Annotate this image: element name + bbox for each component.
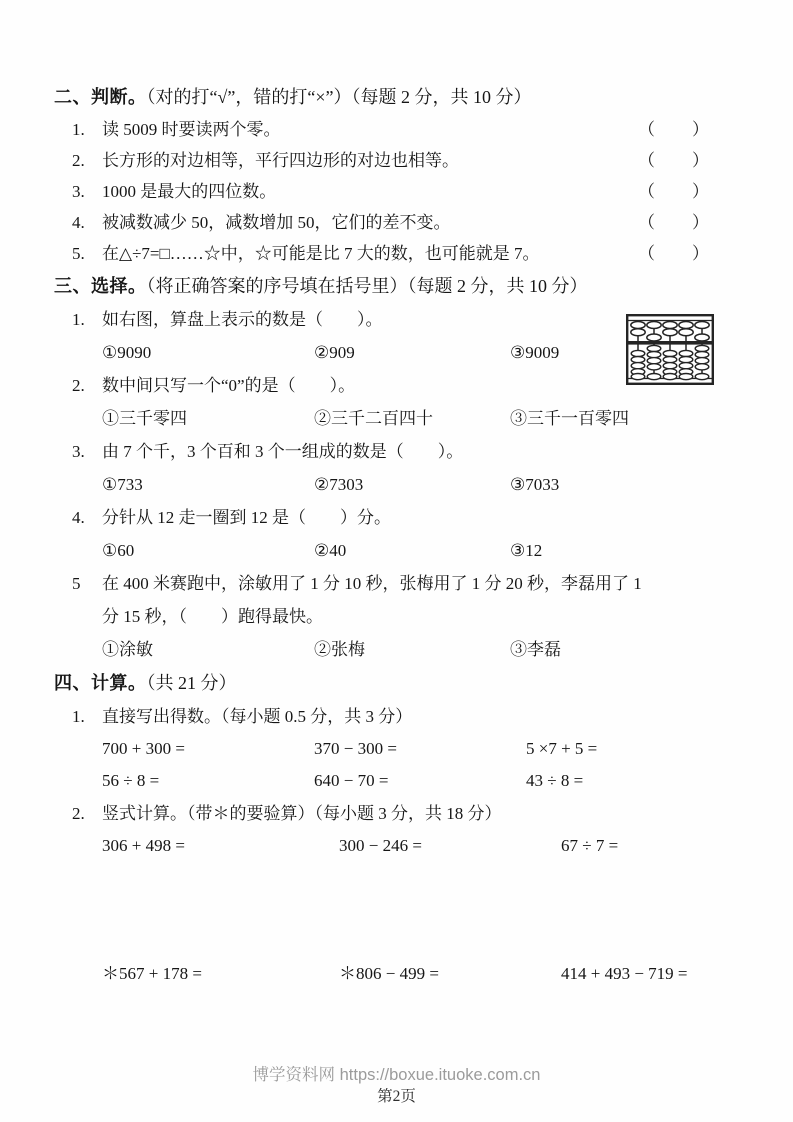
answer-brackets: （ ） [638, 176, 710, 207]
choice-question-3: 3. 由 7 个千，3 个百和 3 个一组成的数是（ ）。 [54, 435, 742, 468]
item-number: 1. [72, 700, 102, 733]
item-number: 5. [72, 238, 102, 269]
option-2: ②7303 [314, 468, 510, 501]
subtitle-text: 直接写出得数。（每小题 0.5 分，共 3 分） [102, 700, 412, 733]
option-1: ①三千零四 [102, 402, 314, 435]
question-text-line2: 分 15 秒，（ ）跑得最快。 [54, 600, 742, 633]
item-number: 4. [72, 207, 102, 238]
vertical-calc-subtitle: 2. 竖式计算。（带＊的要验算）（每小题 3 分，共 18 分） [54, 797, 742, 830]
item-text: 1000 是最大的四位数。 [102, 176, 276, 207]
abacus-image [626, 314, 714, 385]
judge-item: 3. 1000 是最大的四位数。 （ ） [54, 176, 742, 207]
expression: 700 + 300 = [102, 733, 314, 765]
question-text: 由 7 个千，3 个百和 3 个一组成的数是（ ）。 [102, 435, 463, 468]
answer-brackets: （ ） [638, 238, 710, 269]
choice-options-3: ①733 ②7303 ③7033 [54, 468, 742, 501]
choice-question-5: 5 在 400 米赛跑中，涂敏用了 1 分 10 秒，张梅用了 1 分 20 秒… [54, 567, 742, 600]
judge-item: 1. 读 5009 时要读两个零。 （ ） [54, 114, 742, 145]
option-1: ①733 [102, 468, 314, 501]
calc-title-note: （共 21 分） [147, 673, 237, 693]
paper-content: 二、判断。（对的打“√”，错的打“×”）（每题 2 分，共 10 分） 1. 读… [54, 80, 742, 990]
choice-options-5: ①涂敏 ②张梅 ③李磊 [54, 633, 742, 666]
item-number: 3. [72, 435, 102, 468]
judge-section-title: 二、判断。（对的打“√”，错的打“×”）（每题 2 分，共 10 分） [54, 80, 742, 114]
judge-item: 2. 长方形的对边相等，平行四边形的对边也相等。 （ ） [54, 145, 742, 176]
judge-item: 4. 被减数减少 50，减数增加 50，它们的差不变。 （ ） [54, 207, 742, 238]
calc-section-title: 四、计算。（共 21 分） [54, 666, 742, 700]
option-2: ②张梅 [314, 633, 510, 666]
judge-section: 二、判断。（对的打“√”，错的打“×”）（每题 2 分，共 10 分） 1. 读… [54, 80, 742, 269]
item-text: 在△÷7=□……☆中，☆可能是比 7 大的数，也可能就是 7。 [102, 238, 540, 269]
test-paper-page: 二、判断。（对的打“√”，错的打“×”）（每题 2 分，共 10 分） 1. 读… [0, 0, 793, 1122]
item-number: 2. [72, 145, 102, 176]
option-2: ②40 [314, 534, 510, 567]
item-text: 长方形的对边相等，平行四边形的对边也相等。 [102, 145, 459, 176]
answer-brackets: （ ） [638, 207, 710, 238]
judge-title-note: （对的打“√”，错的打“×”）（每题 2 分，共 10 分） [147, 87, 532, 107]
expression: 56 ÷ 8 = [102, 765, 314, 797]
option-1: ①9090 [102, 336, 314, 369]
choice-title-note: （将正确答案的序号填在括号里）（每题 2 分，共 10 分） [147, 276, 588, 296]
expression: 370 − 300 = [314, 733, 526, 765]
footer-site-url: 博学资料网 https://boxue.ituoke.com.cn [0, 1064, 793, 1086]
mental-math-subtitle: 1. 直接写出得数。（每小题 0.5 分，共 3 分） [54, 700, 742, 733]
subtitle-text: 竖式计算。（带＊的要验算）（每小题 3 分，共 18 分） [102, 797, 502, 830]
expression: 640 − 70 = [314, 765, 526, 797]
option-3: ③李磊 [510, 633, 742, 666]
option-3: ③12 [510, 534, 742, 567]
question-text-line1: 在 400 米赛跑中，涂敏用了 1 分 10 秒，张梅用了 1 分 20 秒，李… [102, 567, 642, 600]
choice-title-label: 三、选择。 [54, 276, 147, 296]
judge-item: 5. 在△÷7=□……☆中，☆可能是比 7 大的数，也可能就是 7。 （ ） [54, 238, 742, 269]
option-1: ①60 [102, 534, 314, 567]
choice-question-4: 4. 分针从 12 走一圈到 12 是（ ）分。 [54, 501, 742, 534]
question-text: 分针从 12 走一圈到 12 是（ ）分。 [102, 501, 391, 534]
vertical-calc-row-2: ＊567 + 178 = ＊806 − 499 = 414 + 493 − 71… [54, 958, 742, 990]
page-number: 第2页 [0, 1087, 793, 1107]
item-number: 2. [72, 797, 102, 830]
mental-math-row-1: 700 + 300 = 370 − 300 = 5 ×7 + 5 = [54, 733, 742, 765]
item-number: 5 [72, 567, 102, 600]
expression: ＊806 − 499 = [339, 958, 561, 990]
expression: 43 ÷ 8 = [526, 765, 742, 797]
expression: 414 + 493 − 719 = [561, 958, 742, 990]
choice-section-title: 三、选择。（将正确答案的序号填在括号里）（每题 2 分，共 10 分） [54, 269, 742, 303]
answer-brackets: （ ） [638, 145, 710, 176]
vertical-calc-row-1: 306 + 498 = 300 − 246 = 67 ÷ 7 = [54, 830, 742, 862]
item-number: 1. [72, 114, 102, 145]
item-number: 4. [72, 501, 102, 534]
mental-math-row-2: 56 ÷ 8 = 640 − 70 = 43 ÷ 8 = [54, 765, 742, 797]
option-3: ③三千一百零四 [510, 402, 742, 435]
expression: ＊567 + 178 = [102, 958, 339, 990]
item-text: 被减数减少 50，减数增加 50，它们的差不变。 [102, 207, 451, 238]
question-text: 如右图，算盘上表示的数是（ ）。 [102, 303, 383, 336]
choice-options-2: ①三千零四 ②三千二百四十 ③三千一百零四 [54, 402, 742, 435]
answer-brackets: （ ） [638, 114, 710, 145]
expression: 67 ÷ 7 = [561, 830, 742, 862]
item-number: 1. [72, 303, 102, 336]
question-text: 数中间只写一个“0”的是（ ）。 [102, 369, 355, 402]
expression: 300 − 246 = [339, 830, 561, 862]
option-2: ②三千二百四十 [314, 402, 510, 435]
option-3: ③7033 [510, 468, 742, 501]
calc-section: 四、计算。（共 21 分） 1. 直接写出得数。（每小题 0.5 分，共 3 分… [54, 666, 742, 990]
item-text: 读 5009 时要读两个零。 [102, 114, 281, 145]
expression: 5 ×7 + 5 = [526, 733, 742, 765]
choice-options-4: ①60 ②40 ③12 [54, 534, 742, 567]
item-number: 2. [72, 369, 102, 402]
judge-title-label: 二、判断。 [54, 87, 147, 107]
expression: 306 + 498 = [102, 830, 339, 862]
calc-title-label: 四、计算。 [54, 673, 147, 693]
option-2: ②909 [314, 336, 510, 369]
option-1: ①涂敏 [102, 633, 314, 666]
item-number: 3. [72, 176, 102, 207]
